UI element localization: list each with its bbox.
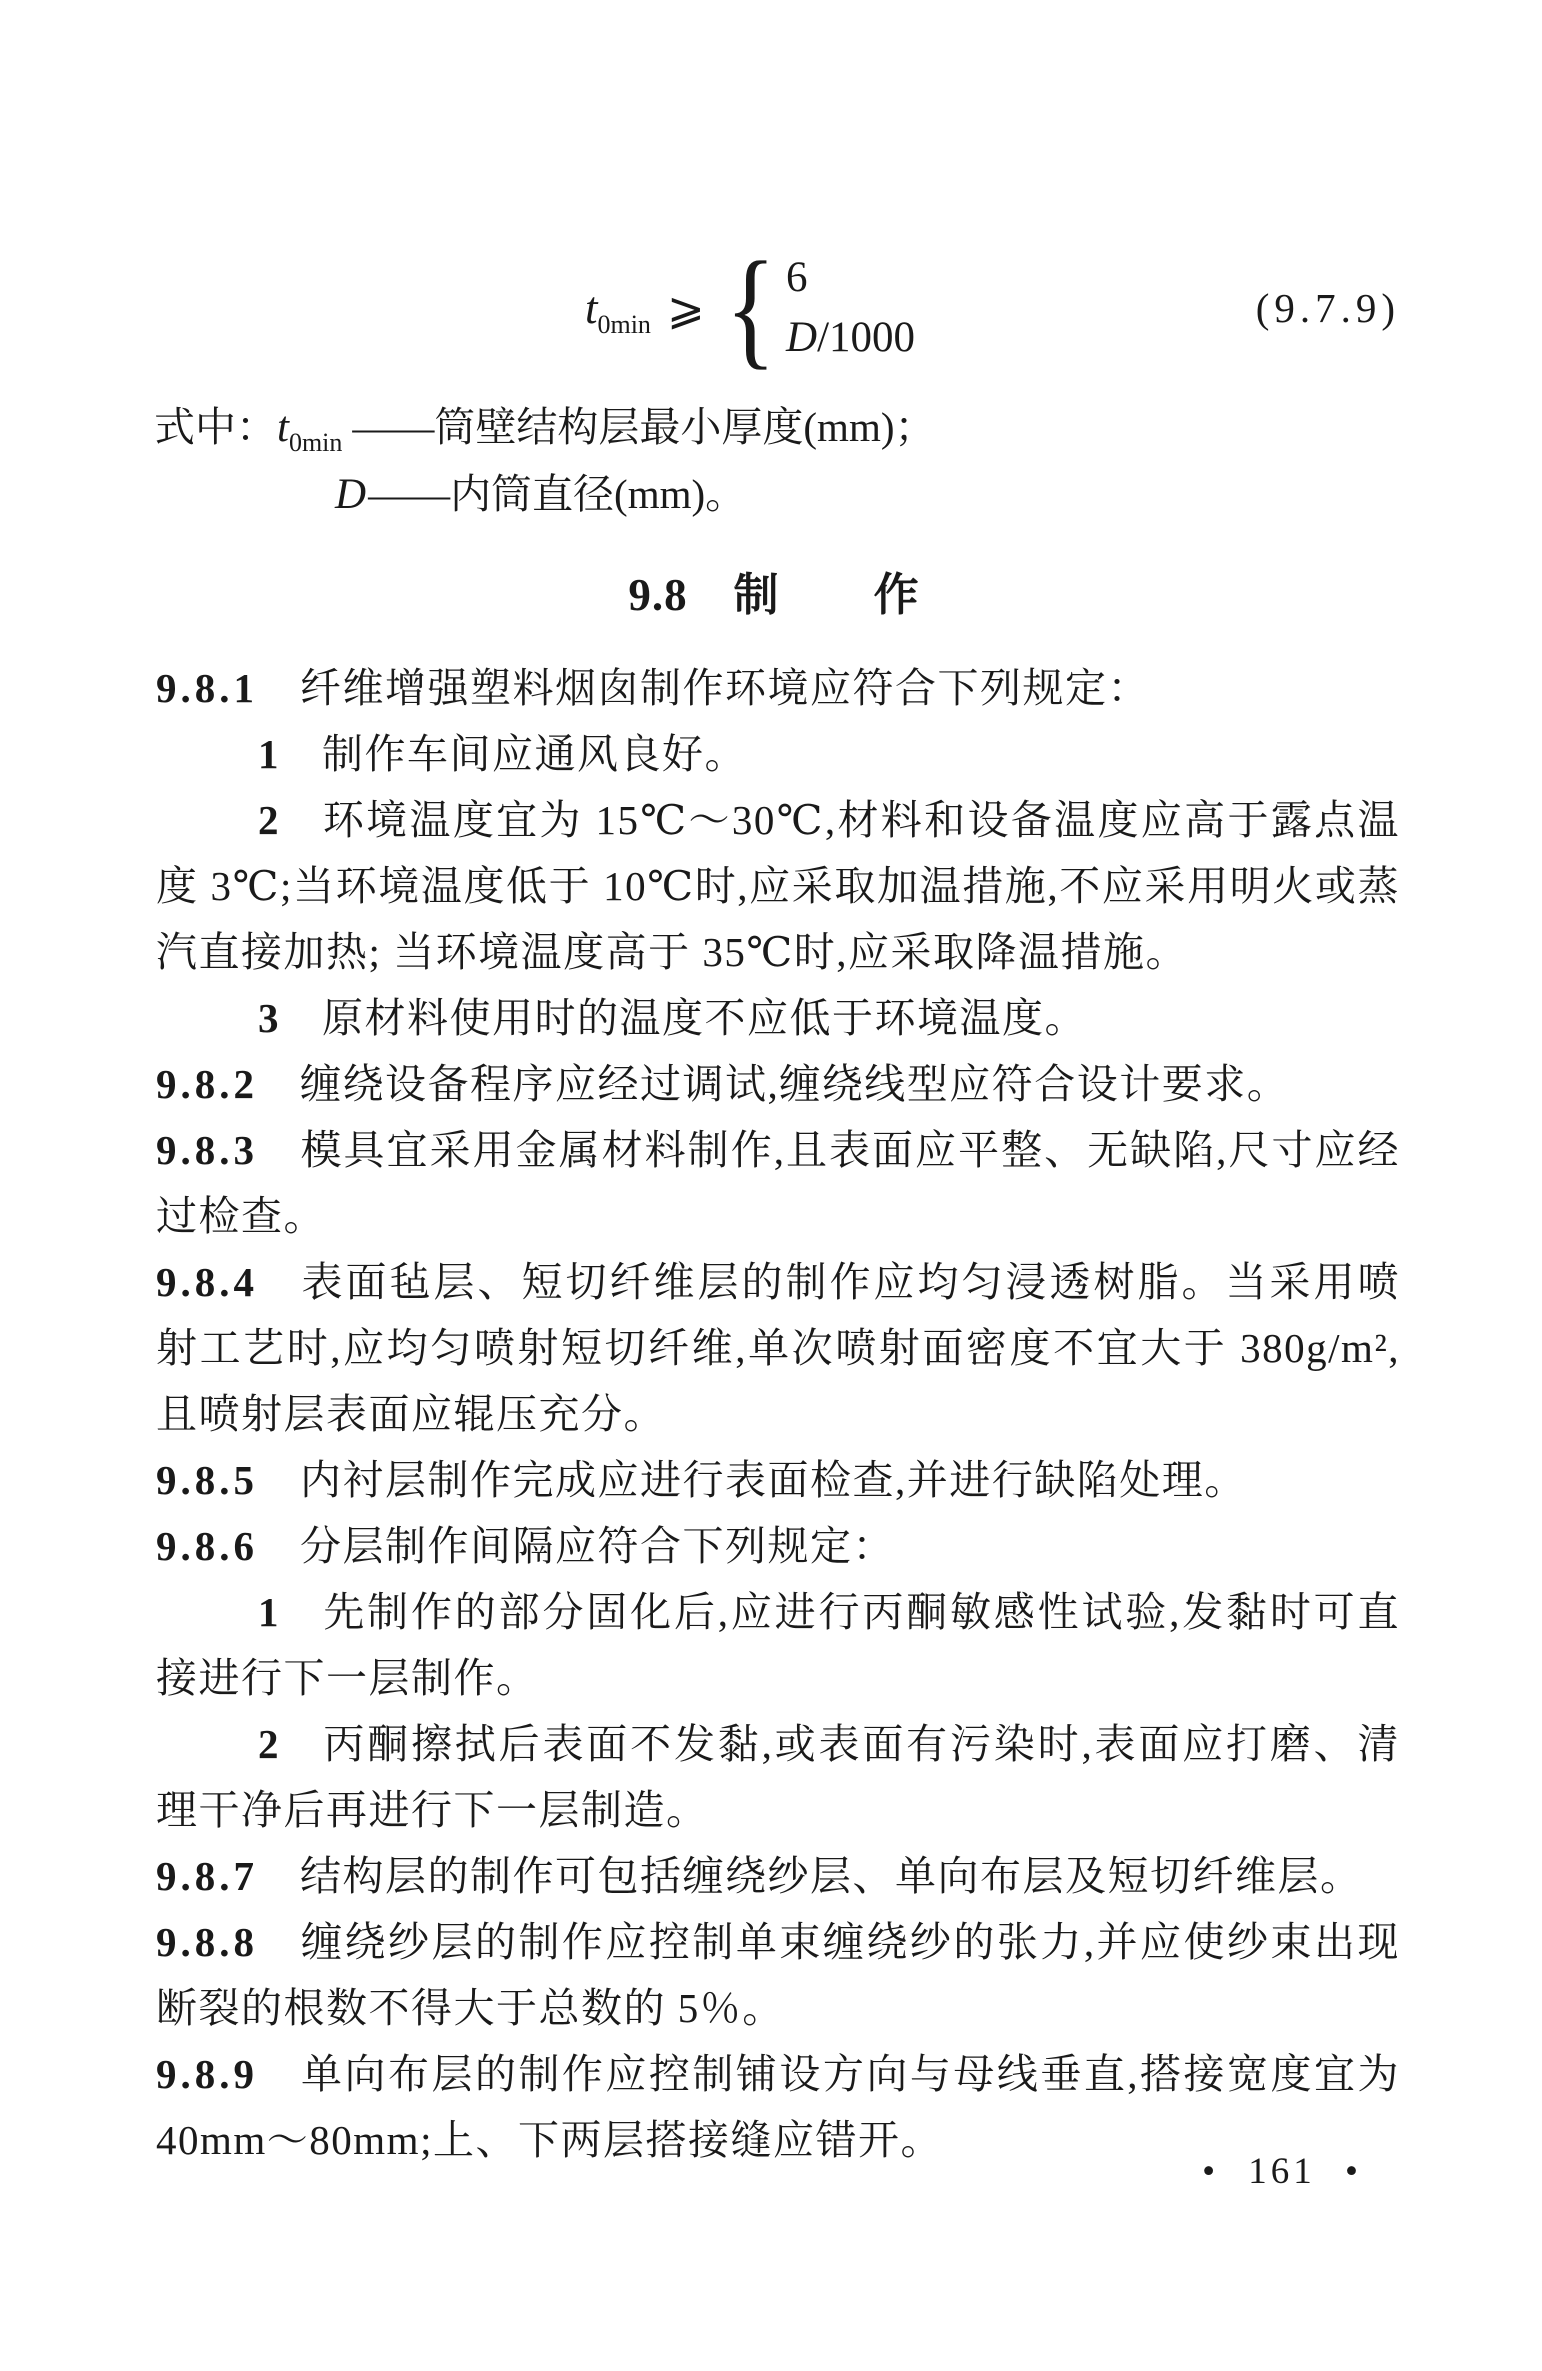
formula-lhs-variable: t0min <box>585 282 651 334</box>
clause-9.8.7: 9.8.7结构层的制作可包括缠绕纱层、单向布层及短切纤维层。 <box>148 1843 1400 1909</box>
where-entry-D: D——内筒直径(mm)。 <box>148 461 1400 528</box>
where-block: 式中：t0min——筒壁结构层最小厚度(mm)； D——内筒直径(mm)。 <box>148 394 1400 528</box>
item-number: 2 <box>258 1721 280 1767</box>
clause-list: 9.8.1纤维增强塑料烟囱制作环境应符合下列规定：1制作车间应通风良好。2环境温… <box>148 655 1400 2173</box>
section-heading-word2: 作 <box>874 569 920 620</box>
curly-brace: { <box>725 250 776 366</box>
greater-equal-symbol: ⩾ <box>667 282 705 335</box>
clause-9.8.6-item-1: 1先制作的部分固化后,应进行丙酮敏感性试验,发黏时可直接进行下一层制作。 <box>148 1579 1400 1711</box>
clause-9.8.1-item-2: 2环境温度宜为 15℃～30℃,材料和设备温度应高于露点温度 3℃;当环境温度低… <box>148 787 1400 985</box>
clause-9.8.4: 9.8.4表面毡层、短切纤维层的制作应均匀浸透树脂。当采用喷射工艺时,应均匀喷射… <box>148 1249 1400 1447</box>
clause-9.8.1-item-3: 3原材料使用时的温度不应低于环境温度。 <box>148 985 1400 1051</box>
where-variable-D: D <box>335 471 366 517</box>
section-heading-word1: 制 <box>734 569 780 620</box>
clause-9.8.3: 9.8.3模具宜采用金属材料制作,且表面应平整、无缺陷,尺寸应经过检查。 <box>148 1117 1400 1249</box>
formula-cases: 6 D/1000 <box>786 248 915 368</box>
section-heading: 9.8制作 <box>148 558 1400 623</box>
clause-9.8.5: 9.8.5内衬层制作完成应进行表面检查,并进行缺陷处理。 <box>148 1447 1400 1513</box>
clause-9.8.6-item-2: 2丙酮擦拭后表面不发黏,或表面有污染时,表面应打磨、清理干净后再进行下一层制造。 <box>148 1711 1400 1843</box>
clause-number: 9.8.5 <box>156 1457 258 1503</box>
page-number: • 161 • <box>1202 2150 1362 2193</box>
clause-number: 9.8.3 <box>156 1127 258 1173</box>
clause-9.8.1-item-1: 1制作车间应通风良好。 <box>148 721 1400 787</box>
clause-text: 缠绕纱层的制作应控制单束缠绕纱的张力,并应使纱束出现断裂的根数不得大于总数的 5… <box>156 1919 1400 2031</box>
clause-number: 9.8.2 <box>156 1061 258 1107</box>
where-description: ——内筒直径(mm)。 <box>368 471 746 517</box>
formula-case-1: 6 <box>786 248 808 308</box>
where-entry-t0min: 式中：t0min——筒壁结构层最小厚度(mm)； <box>148 394 1400 461</box>
clause-text: 模具宜采用金属材料制作,且表面应平整、无缺陷,尺寸应经过检查。 <box>156 1127 1400 1239</box>
clause-text: 结构层的制作可包括缠绕纱层、单向布层及短切纤维层。 <box>300 1853 1363 1899</box>
item-number: 1 <box>258 731 280 777</box>
equation-number: (9.7.9) <box>1256 284 1400 332</box>
item-text: 丙酮擦拭后表面不发黏,或表面有污染时,表面应打磨、清理干净后再进行下一层制造。 <box>156 1721 1400 1833</box>
equation-block: t0min ⩾ { 6 D/1000 (9.7.9) <box>148 248 1400 368</box>
where-label: 式中： <box>154 404 277 450</box>
item-text: 制作车间应通风良好。 <box>322 731 747 777</box>
equation: t0min ⩾ { 6 D/1000 <box>124 248 1376 368</box>
clause-number: 9.8.1 <box>156 665 258 711</box>
where-description: ——筒壁结构层最小厚度(mm)； <box>352 404 935 450</box>
section-heading-number: 9.8 <box>628 570 687 620</box>
item-number: 2 <box>258 797 280 843</box>
clause-text: 缠绕设备程序应经过调试,缠绕线型应符合设计要求。 <box>300 1061 1289 1107</box>
clause-number: 9.8.7 <box>156 1853 258 1899</box>
clause-text: 表面毡层、短切纤维层的制作应均匀浸透树脂。当采用喷射工艺时,应均匀喷射短切纤维,… <box>156 1259 1400 1437</box>
clause-number: 9.8.4 <box>156 1259 258 1305</box>
clause-9.8.2: 9.8.2缠绕设备程序应经过调试,缠绕线型应符合设计要求。 <box>148 1051 1400 1117</box>
clause-number: 9.8.9 <box>156 2051 258 2097</box>
where-variable-t0min: t0min <box>277 404 342 450</box>
page-content: t0min ⩾ { 6 D/1000 (9.7.9) 式中：t0min——筒壁结… <box>148 0 1400 2173</box>
item-number: 3 <box>258 995 280 1041</box>
clause-text: 分层制作间隔应符合下列规定： <box>300 1523 895 1569</box>
clause-text: 内衬层制作完成应进行表面检查,并进行缺陷处理。 <box>300 1457 1247 1503</box>
item-text: 原材料使用时的温度不应低于环境温度。 <box>322 995 1087 1041</box>
clause-text: 纤维增强塑料烟囱制作环境应符合下列规定： <box>300 665 1150 711</box>
item-number: 1 <box>258 1589 280 1635</box>
formula-case-2: D/1000 <box>786 308 915 368</box>
item-text: 环境温度宜为 15℃～30℃,材料和设备温度应高于露点温度 3℃;当环境温度低于… <box>156 797 1400 975</box>
clause-text: 单向布层的制作应控制铺设方向与母线垂直,搭接宽度宜为 40mm～80mm;上、下… <box>156 2051 1400 2163</box>
document-page: t0min ⩾ { 6 D/1000 (9.7.9) 式中：t0min——筒壁结… <box>0 0 1542 2371</box>
clause-9.8.1: 9.8.1纤维增强塑料烟囱制作环境应符合下列规定： <box>148 655 1400 721</box>
clause-number: 9.8.6 <box>156 1523 258 1569</box>
clause-9.8.8: 9.8.8缠绕纱层的制作应控制单束缠绕纱的张力,并应使纱束出现断裂的根数不得大于… <box>148 1909 1400 2041</box>
clause-number: 9.8.8 <box>156 1919 258 1965</box>
clause-9.8.6: 9.8.6分层制作间隔应符合下列规定： <box>148 1513 1400 1579</box>
item-text: 先制作的部分固化后,应进行丙酮敏感性试验,发黏时可直接进行下一层制作。 <box>156 1589 1400 1701</box>
